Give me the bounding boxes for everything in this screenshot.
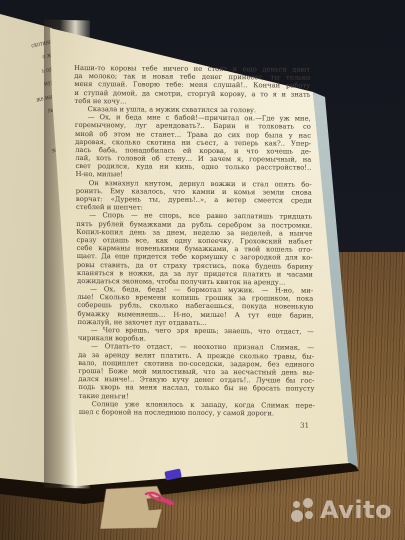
page-text: Наши-то коровы тебе ничего не стоят и ещ… <box>74 64 315 430</box>
page-number: 31 <box>79 420 315 430</box>
avito-dot <box>303 498 313 508</box>
avito-watermark: Avito <box>291 497 392 523</box>
avito-dots-icon <box>291 497 315 523</box>
avito-dot <box>291 510 303 522</box>
book-photo: скотины для меняо ж, много нейь одна бел… <box>0 0 405 540</box>
avito-watermark-text: Avito <box>320 497 392 523</box>
avito-dot <box>305 511 313 519</box>
text-lines: Наши-то коровы тебе ничего не стоят и ещ… <box>74 64 315 418</box>
avito-dot <box>293 501 300 508</box>
text-line: шел с бороной на последнюю полосу, у сам… <box>79 408 315 418</box>
